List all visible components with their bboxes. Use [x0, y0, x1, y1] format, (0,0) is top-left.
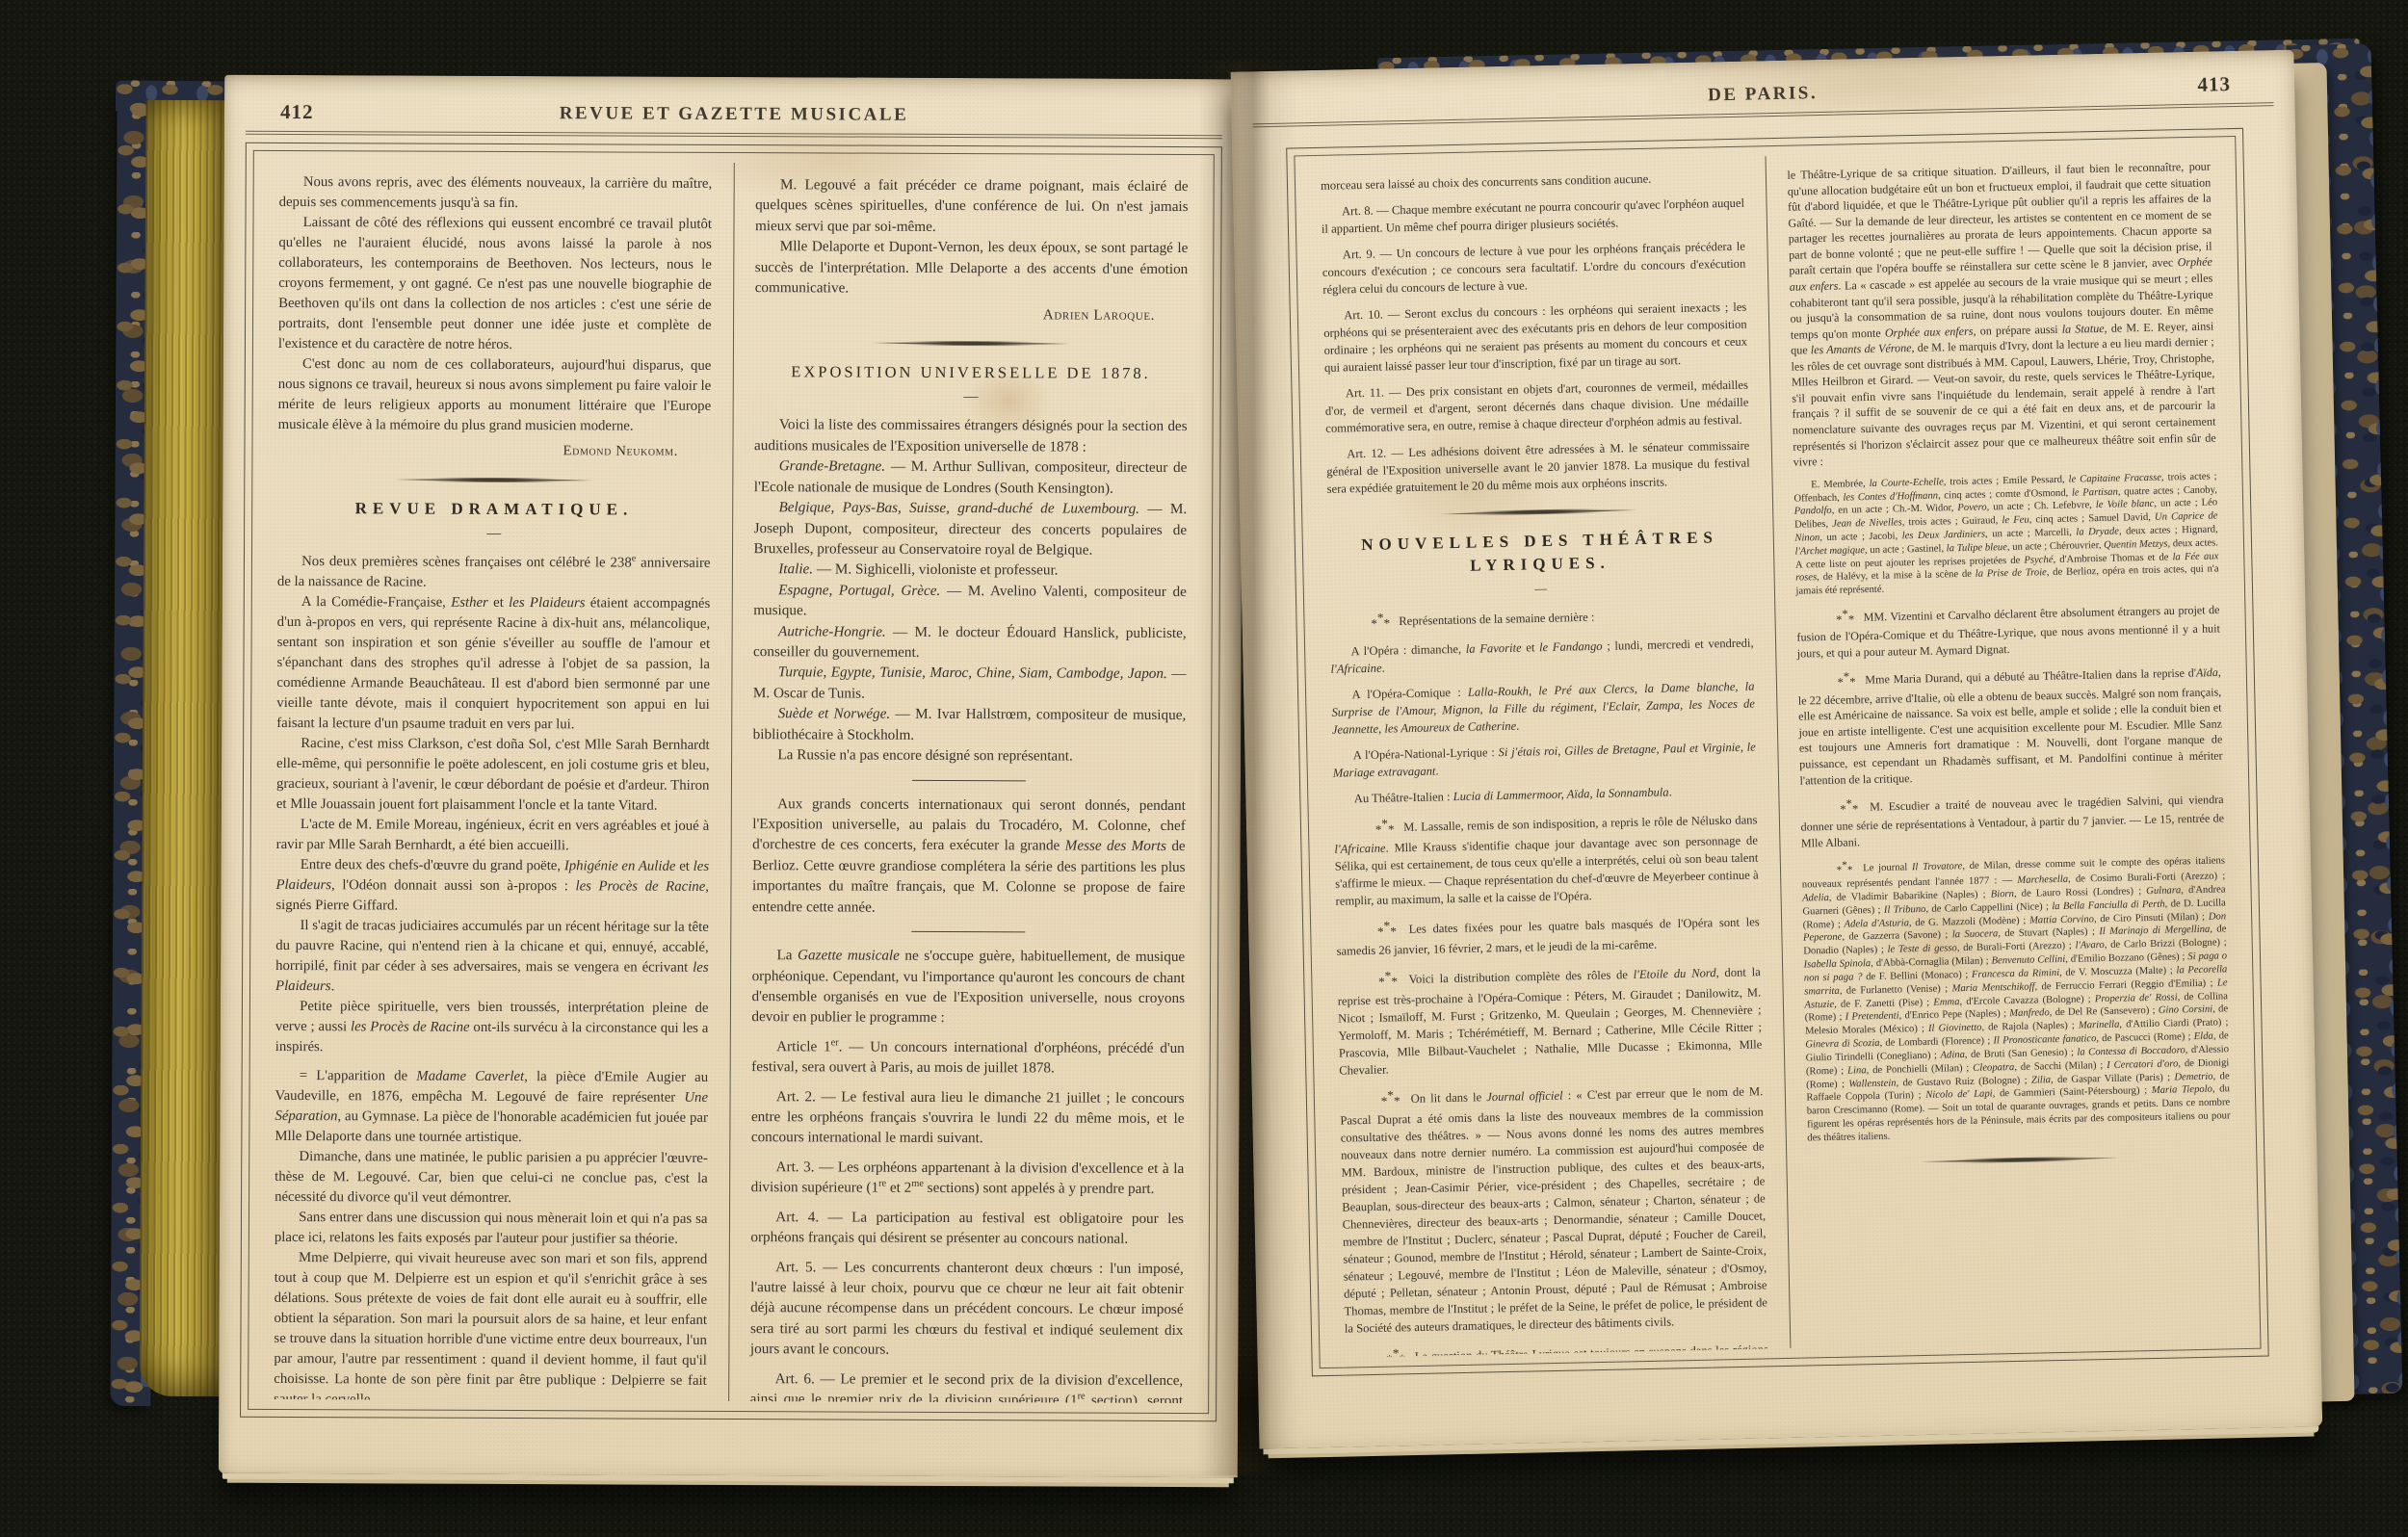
- paragraph: Art. 11. — Des prix consistant en objets…: [1324, 377, 1749, 437]
- text-frame: Nous avons repris, avec des éléments nou…: [240, 143, 1222, 1421]
- heading-dash: —: [277, 526, 711, 542]
- paragraph: = L'apparition de Madame Caverlet, la pi…: [275, 1066, 708, 1149]
- paragraph: Grande-Bretagne. — M. Arthur Sullivan, c…: [754, 456, 1188, 499]
- paragraph: Turquie, Egypte, Tunisie, Maroc, Chine, …: [753, 663, 1187, 706]
- page-number: 413: [2197, 72, 2231, 97]
- column-right: M. Legouvé a fait précéder ce drame poig…: [728, 163, 1210, 1403]
- heading-dash: —: [754, 388, 1188, 404]
- column-left: morceau sera laissé au choix des concurr…: [1299, 156, 1790, 1358]
- asterism-icon: ***: [1360, 1087, 1401, 1112]
- paragraph: M. Legouvé a fait précéder ce drame poig…: [755, 174, 1189, 238]
- paragraph: Sans entrer dans une discussion qui nous…: [275, 1208, 708, 1250]
- paragraph: Italie. — M. Sighicelli, violoniste et p…: [753, 559, 1187, 581]
- tapered-divider-rule: [1921, 1155, 2118, 1163]
- heading-dash: —: [1329, 578, 1753, 599]
- paragraph: A l'Opéra : dimanche, la Favorite et le …: [1330, 635, 1754, 678]
- author-signature: Edmond Neukomm.: [277, 440, 711, 462]
- asterism-icon: ***: [1819, 859, 1853, 878]
- page-413: DE PARIS. 413 morceau sera laissé au cho…: [1231, 50, 2323, 1449]
- asterism-icon: ***: [1350, 610, 1392, 635]
- paragraph: L'acte de M. Emile Moreau, ingénieux, éc…: [276, 815, 710, 857]
- paragraph: morceau sera laissé au choix des concurr…: [1321, 169, 1744, 195]
- book-photo-scene: 412 REVUE ET GAZETTE MUSICALE Nous avons…: [0, 0, 2408, 1537]
- paragraph: *** Représentations de la semaine derniè…: [1329, 602, 1753, 635]
- paragraph: A l'Opéra-Comique : Lalla-Roukh, le Pré …: [1331, 678, 1756, 739]
- paragraph: E. Membrée, la Courte-Echelle, trois act…: [1793, 470, 2219, 599]
- paragraph: *** M. Lassalle, remis de son indisposit…: [1334, 808, 1759, 910]
- paragraph: Art. 9. — Un concours de lecture à vue p…: [1322, 238, 1746, 299]
- paragraph: Belgique, Pays-Bas, Suisse, grand-duché …: [753, 497, 1187, 560]
- author-signature: Adrien Laroque.: [755, 303, 1189, 326]
- paragraph: *** On lit dans le Journal officiel : « …: [1340, 1080, 1768, 1338]
- paragraph: Laissant de côté des réflexions qui euss…: [278, 213, 712, 356]
- paragraph: *** Voici la distribution complète des r…: [1337, 960, 1763, 1080]
- column-right: le Théâtre-Lyrique de sa critique situat…: [1765, 146, 2256, 1348]
- paragraph: Art. 6. — Le premier et le second prix d…: [749, 1368, 1183, 1403]
- paragraph: *** La question du Théâtre-Lyrique est t…: [1345, 1338, 1769, 1358]
- asterism-icon: ***: [1819, 795, 1859, 819]
- paragraph: le Théâtre-Lyrique de sa critique situat…: [1787, 159, 2216, 471]
- paragraph: Nous avons repris, avec des éléments nou…: [279, 172, 713, 215]
- asterism-icon: ***: [1816, 606, 1855, 629]
- paragraph: Au Théâtre-Italien : Lucia di Lammermoor…: [1333, 782, 1757, 808]
- paragraph: Art. 4. — La participation au festival e…: [750, 1207, 1184, 1250]
- paragraph: Dimanche, dans une matinée, le public pa…: [275, 1147, 708, 1210]
- paragraph: Suède et Norwége. — M. Ivar Hallstrœm, c…: [753, 703, 1187, 746]
- asterism-icon: ***: [1354, 816, 1396, 841]
- tapered-divider-rule: [873, 341, 1070, 347]
- paragraph: La Gazette musicale ne s'occupe guère, h…: [751, 945, 1185, 1029]
- paragraph: Art. 3. — Les orphéons appartenant à la …: [751, 1157, 1185, 1200]
- text-frame-inner-rule: Nous avons repris, avec des éléments nou…: [248, 150, 1215, 1414]
- paragraph: Art. 10. — Seront exclus du concours : l…: [1323, 299, 1748, 377]
- paragraph: Petite pièce spirituelle, vers bien trou…: [275, 997, 709, 1059]
- paragraph: Art. 8. — Chaque membre exécutant ne pou…: [1321, 195, 1744, 238]
- paragraph: Espagne, Portugal, Grèce. — M. Avelino V…: [753, 580, 1187, 623]
- paragraph: C'est donc au nom de ces collaborateurs,…: [278, 354, 712, 437]
- paragraph: Art. 5. — Les concurrents chanteront deu…: [750, 1257, 1184, 1362]
- two-column-layout: Nous avons repris, avec des éléments nou…: [252, 161, 1210, 1403]
- asterism-icon: ***: [1366, 1344, 1407, 1358]
- paragraph: Entre deux des chefs-d'œuvre du grand po…: [275, 855, 709, 918]
- section-heading: NOUVELLES DES THÉÂTRES LYRIQUES.: [1328, 526, 1752, 582]
- paragraph: Article 1er. — Un concours international…: [751, 1036, 1185, 1080]
- paragraph: Mme Delpierre, qui vivait heureuse avec …: [274, 1248, 707, 1401]
- asterism-icon: ***: [1356, 918, 1398, 943]
- short-divider-rule: [912, 931, 1026, 933]
- paragraph: La Russie n'a pas encore désigné son rep…: [753, 744, 1187, 767]
- paragraph: *** Le journal Il Trovatore, de Milan, d…: [1801, 851, 2231, 1145]
- column-left: Nous avons repris, avec des éléments nou…: [252, 161, 733, 1401]
- asterism-icon: ***: [1818, 669, 1857, 692]
- running-title: DE PARIS.: [1231, 73, 2294, 117]
- paragraph: *** MM. Vizentini et Carvalho déclarent …: [1796, 599, 2221, 663]
- tapered-divider-rule: [1440, 508, 1637, 516]
- paragraph: *** Les dates fixées pour les quatre bal…: [1336, 910, 1760, 960]
- paragraph: Nos deux premières scènes françaises ont…: [277, 552, 711, 594]
- paragraph: A l'Opéra-National-Lyrique : Si j'étais …: [1332, 739, 1756, 782]
- short-divider-rule: [912, 779, 1026, 781]
- running-title: REVUE ET GAZETTE MUSICALE: [224, 102, 1243, 128]
- text-frame-inner-rule: morceau sera laissé au choix des concurr…: [1294, 136, 2261, 1368]
- paragraph: Art. 2. — Le festival aura lieu le diman…: [751, 1086, 1185, 1150]
- page-412: 412 REVUE ET GAZETTE MUSICALE Nous avons…: [219, 75, 1243, 1478]
- two-column-layout: morceau sera laissé au choix des concurr…: [1299, 146, 2257, 1358]
- paragraph: A la Comédie-Française, Esther et les Pl…: [276, 592, 710, 736]
- open-book-photo: { "marks": { "heading_dash": "—", "aster…: [0, 0, 2408, 1537]
- tapered-divider-rule: [396, 477, 593, 482]
- asterism-icon: ***: [1357, 968, 1399, 993]
- header-rule: [246, 131, 1222, 139]
- paragraph: Racine, c'est miss Clarkson, c'est doña …: [276, 734, 710, 817]
- paragraph: Aux grands concerts internationaux qui s…: [752, 794, 1186, 919]
- paragraph: *** M. Escudier a traité de nouveau avec…: [1800, 788, 2225, 851]
- paragraph: Autriche-Hongrie. — M. le docteur Édouar…: [753, 621, 1187, 664]
- paragraph: Voici la liste des commissaires étranger…: [754, 415, 1188, 458]
- section-heading: EXPOSITION UNIVERSELLE DE 1878.: [754, 360, 1188, 384]
- paragraph: Il s'agit de tracas judiciaires accumulé…: [275, 916, 709, 999]
- paragraph: *** Mme Maria Durand, qui a débuté au Th…: [1797, 662, 2223, 789]
- paragraph: Mlle Delaporte et Dupont-Vernon, les deu…: [755, 236, 1189, 300]
- text-frame: morceau sera laissé au choix des concurr…: [1286, 128, 2269, 1377]
- paragraph: Art. 12. — Les adhésions doivent être ad…: [1326, 437, 1751, 498]
- section-heading: REVUE DRAMATIQUE.: [277, 497, 711, 522]
